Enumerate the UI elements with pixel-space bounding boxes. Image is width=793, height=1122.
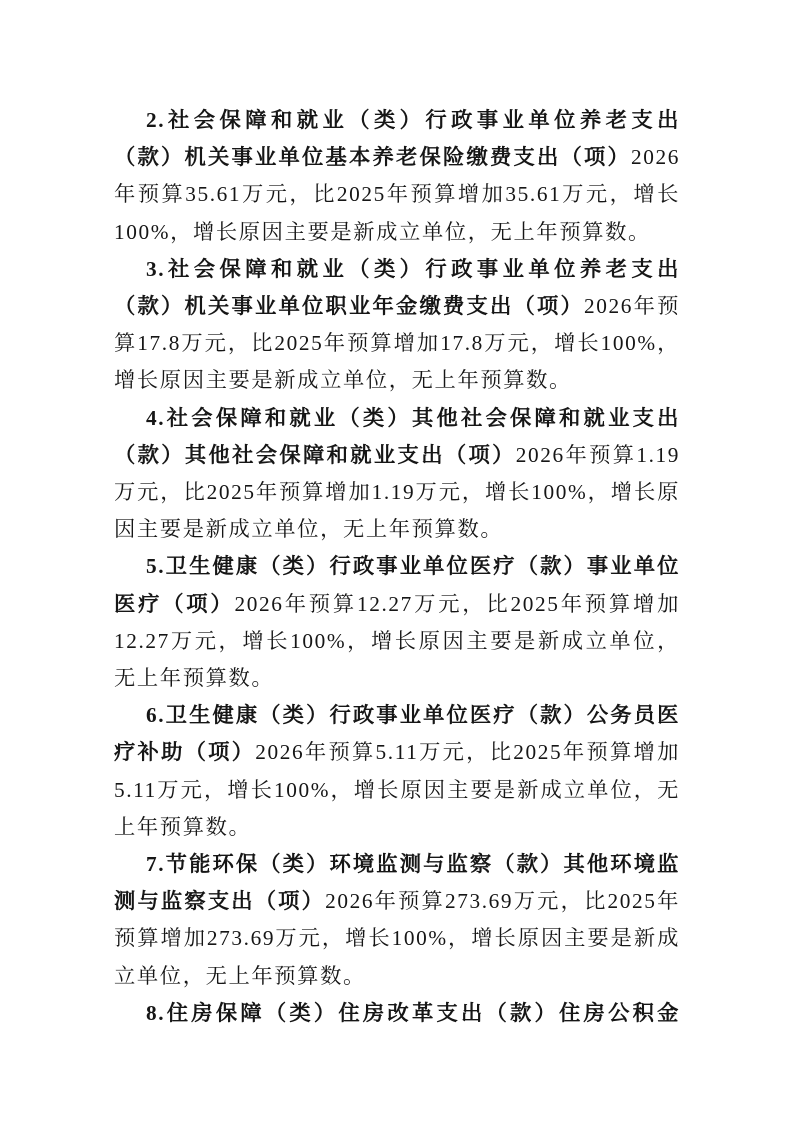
budget-item-paragraph: 4.社会保障和就业（类）其他社会保障和就业支出（款）其他社会保障和就业支出（项）… [114,400,680,549]
budget-item-paragraph: 3.社会保障和就业（类）行政事业单位养老支出（款）机关事业单位职业年金缴费支出（… [114,251,680,400]
budget-item-paragraph: 8.住房保障（类）住房改革支出（款）住房公积金 [114,995,680,1032]
document-page: 2.社会保障和就业（类）行政事业单位养老支出（款）机关事业单位基本养老保险缴费支… [0,0,793,1122]
budget-item-paragraph: 7.节能环保（类）环境监测与监察（款）其他环境监测与监察支出（项）2026年预算… [114,846,680,995]
budget-item-heading: 2.社会保障和就业（类）行政事业单位养老支出（款）机关事业单位基本养老保险缴费支… [114,108,680,169]
budget-item-heading: 8.住房保障（类）住房改革支出（款）住房公积金 [146,1001,680,1025]
budget-item-paragraph: 5.卫生健康（类）行政事业单位医疗（款）事业单位医疗（项）2026年预算12.2… [114,548,680,697]
budget-item-paragraph: 6.卫生健康（类）行政事业单位医疗（款）公务员医疗补助（项）2026年预算5.1… [114,697,680,846]
budget-item-paragraph: 2.社会保障和就业（类）行政事业单位养老支出（款）机关事业单位基本养老保险缴费支… [114,102,680,251]
budget-explanation-text: 2.社会保障和就业（类）行政事业单位养老支出（款）机关事业单位基本养老保险缴费支… [114,102,680,1032]
